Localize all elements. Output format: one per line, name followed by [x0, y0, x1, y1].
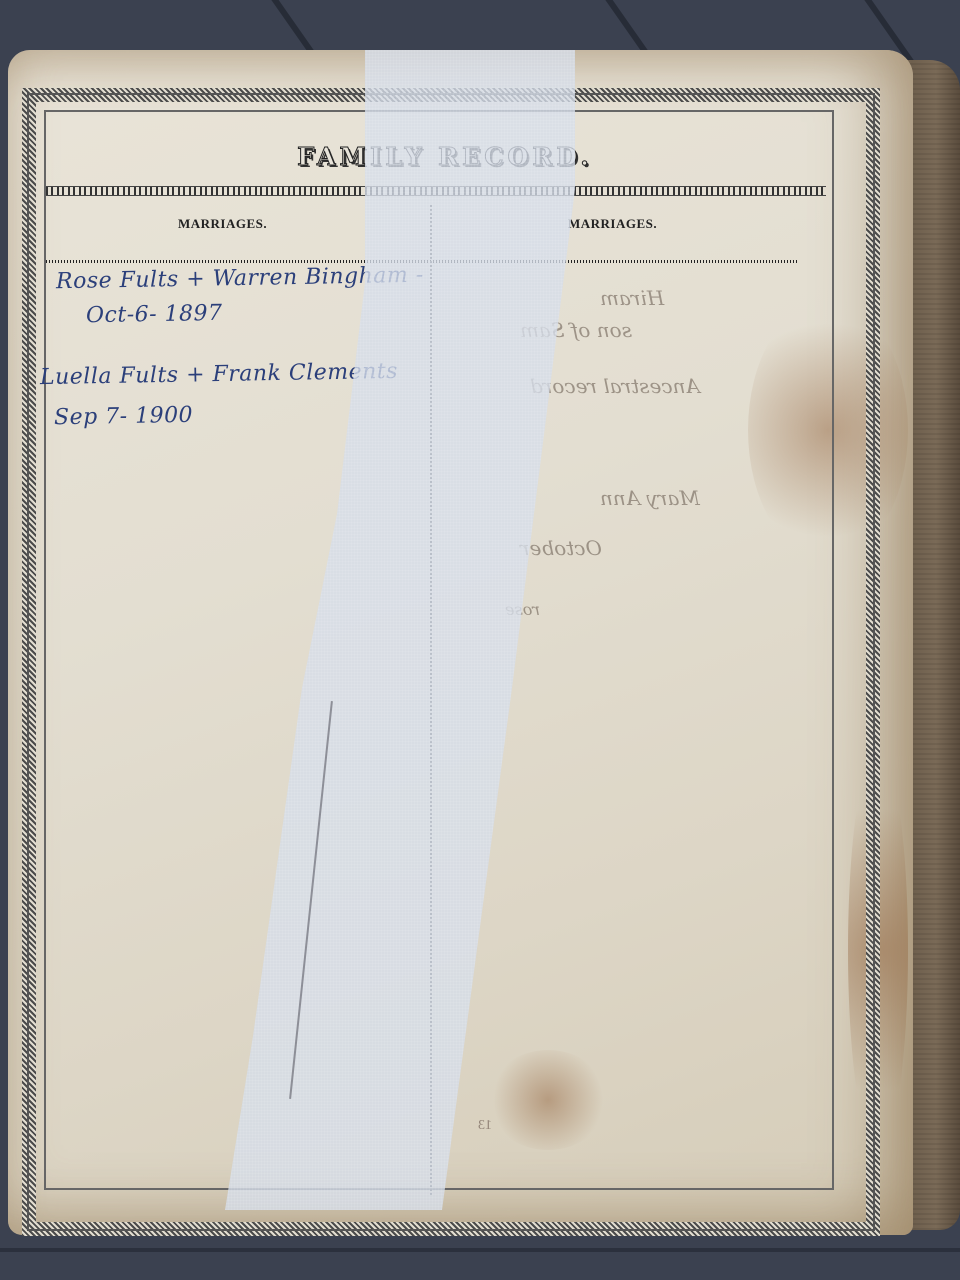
- page-number: 13: [478, 1118, 492, 1134]
- deck-board-gap: [0, 1248, 960, 1252]
- bleed-through-text: Ancestral record: [530, 374, 700, 398]
- marriage-entry-1-date: Oct-6- 1897: [86, 301, 223, 328]
- bleed-through-text: Mary Ann: [600, 486, 700, 510]
- column-heading-left: MARRIAGES.: [178, 216, 267, 232]
- bleed-through-text: October: [520, 536, 602, 560]
- column-heading-right: MARRIAGES.: [568, 216, 657, 232]
- bleed-through-text: Hiram: [600, 286, 664, 310]
- marriage-entry-2-date: Sep 7- 1900: [54, 403, 194, 430]
